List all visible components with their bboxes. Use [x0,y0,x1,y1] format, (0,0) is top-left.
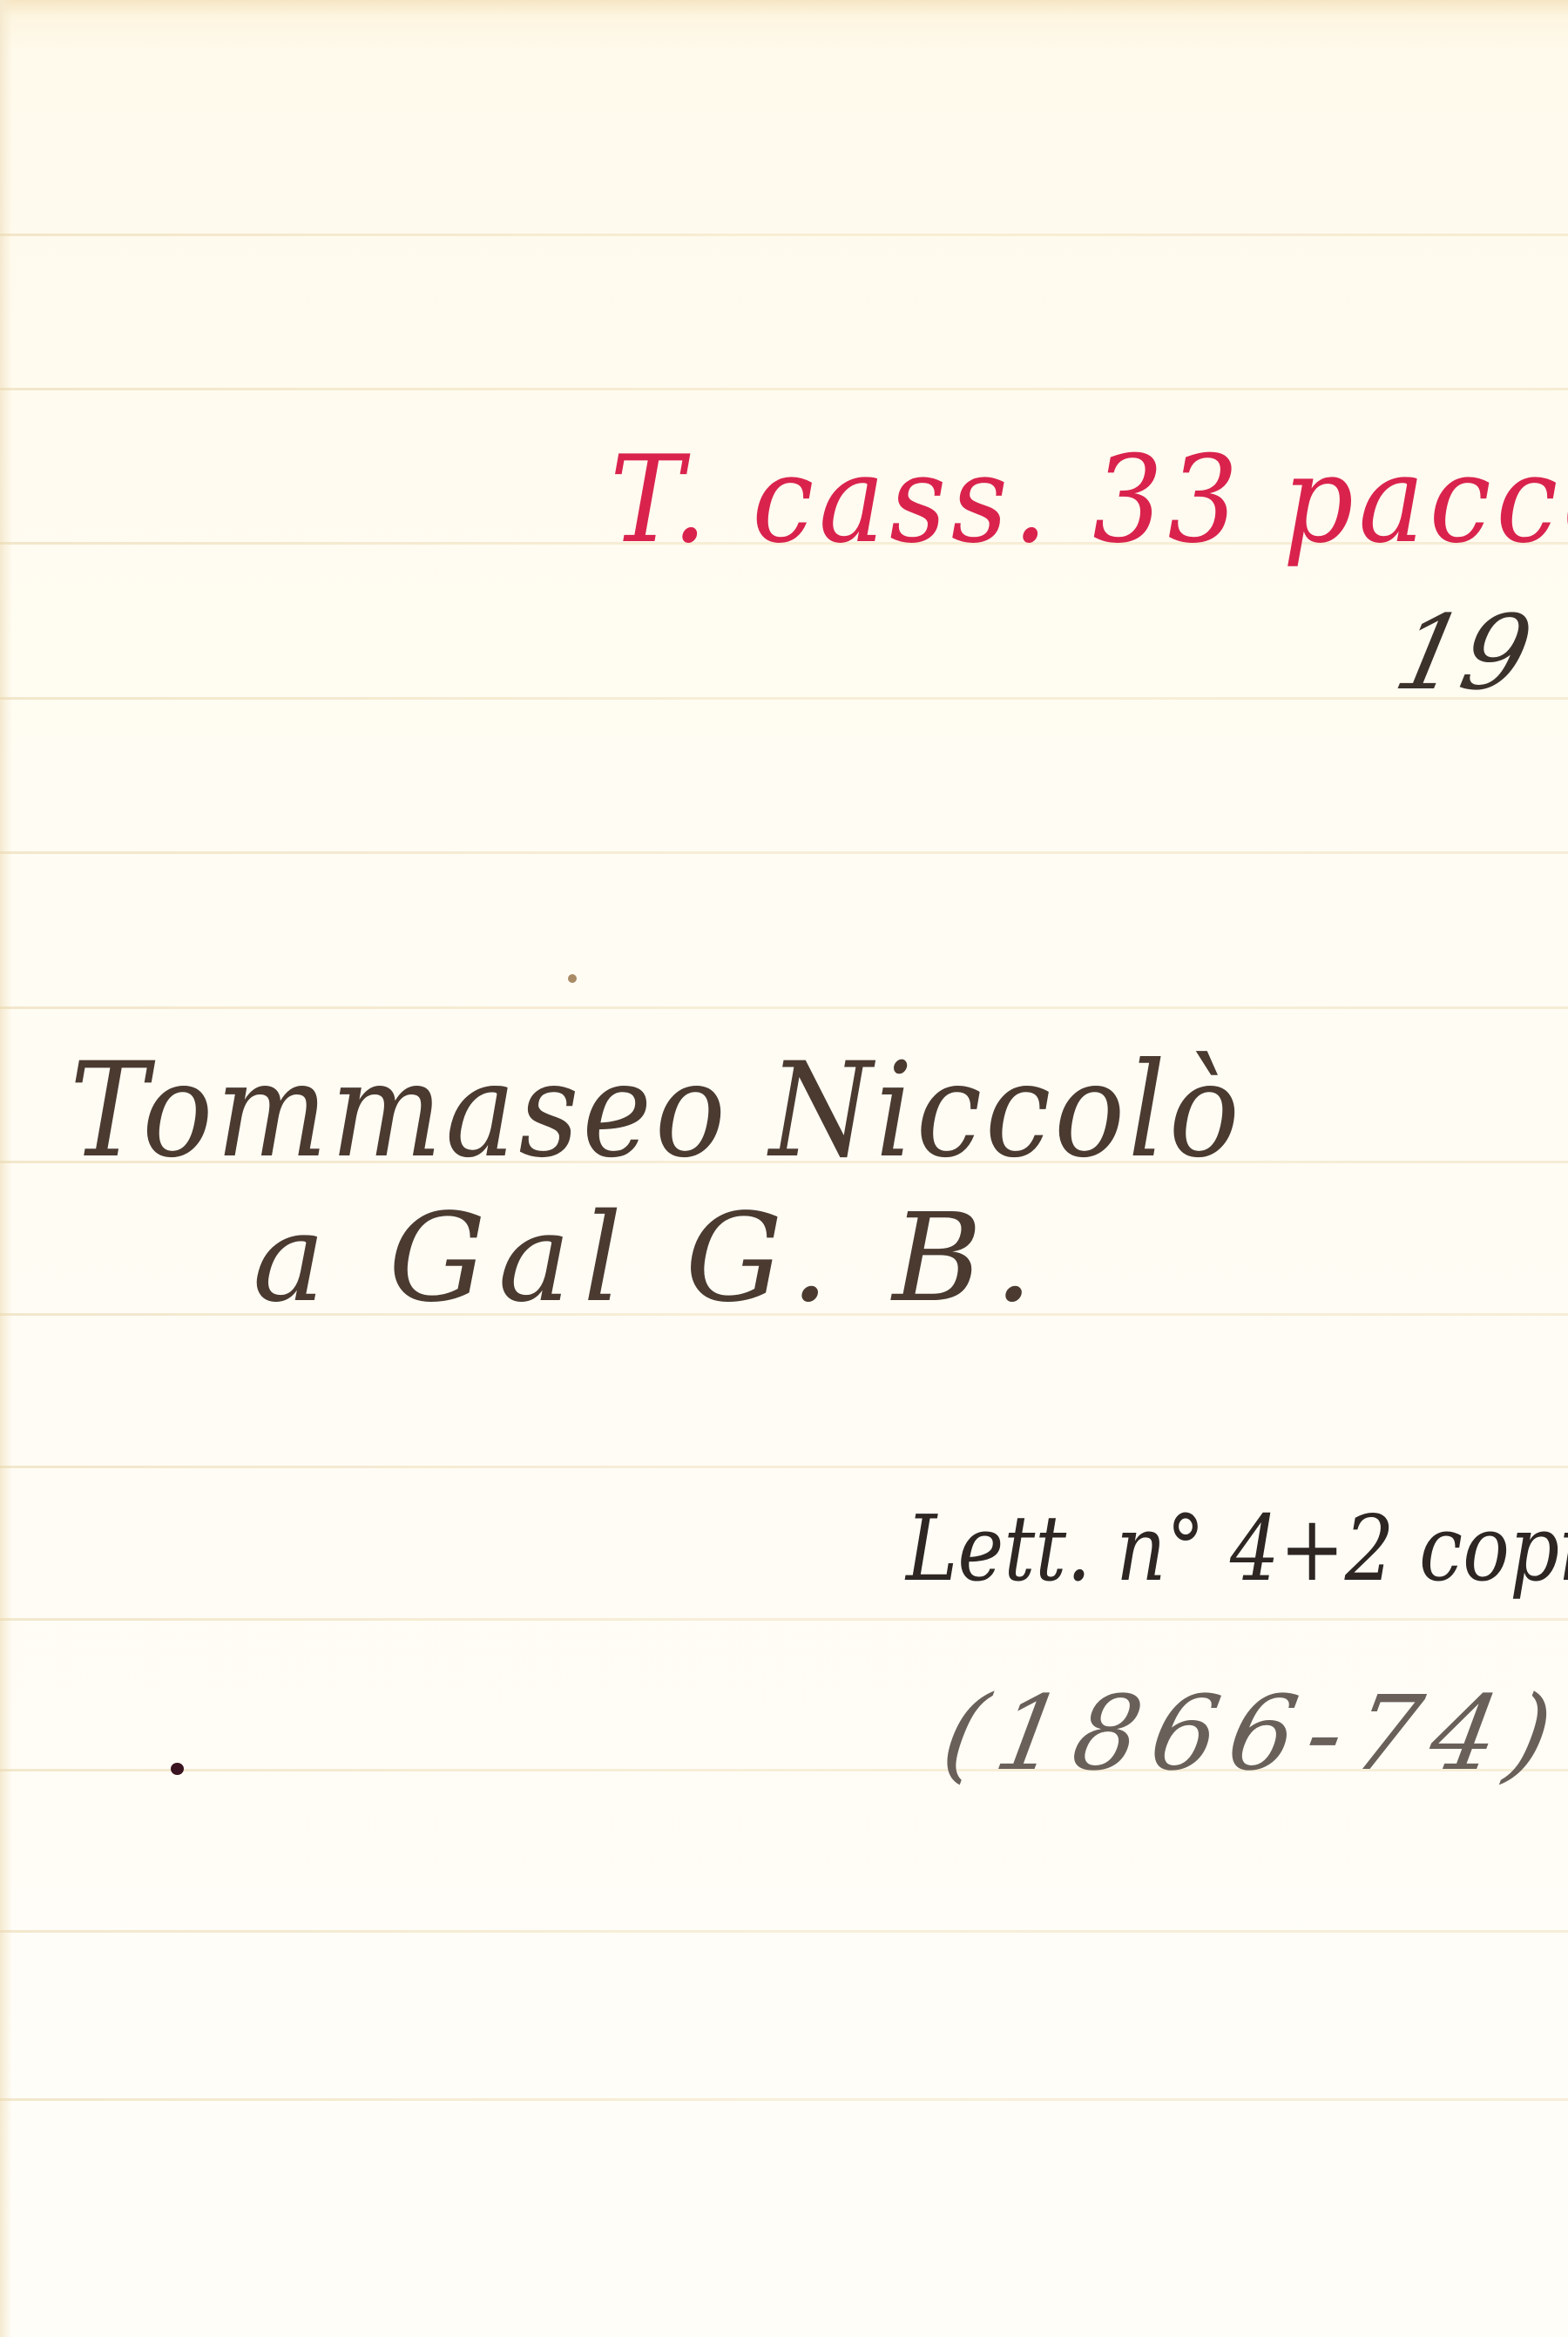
sender-name: Tommaseo Niccolò [70,1046,1243,1176]
ruled-line [0,234,1568,236]
ruled-line [0,388,1568,390]
index-card: T. cass. 33 pacco 84. 19 Tommaseo Niccol… [0,0,1568,2337]
ruled-line [0,1006,1568,1009]
ruled-line [0,851,1568,854]
ruled-line [0,1930,1568,1933]
ruled-line [0,1466,1568,1468]
ruled-line [0,697,1568,700]
ruled-line [0,2098,1568,2101]
date-range: (1866-74) [936,1682,1568,1785]
recipient-name: a Gal G. B. [253,1198,1045,1320]
card-edge-shadow [0,0,12,2337]
ruled-line [0,1618,1568,1621]
archive-location: T. cass. 33 pacco 84. [610,440,1568,560]
ink-dot [171,1763,184,1775]
letter-count: Lett. n° 4+2 copie [906,1503,1568,1594]
item-number: 19 [1387,601,1539,704]
ink-speck [568,974,577,983]
